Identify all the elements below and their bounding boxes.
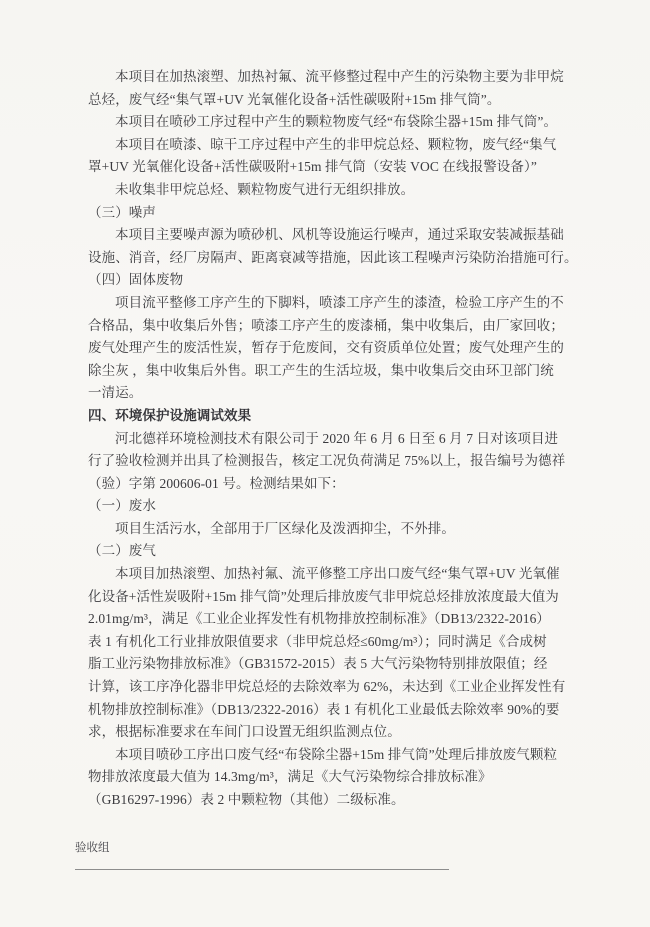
text-line: 表 1 有机化工行业排放限值要求（非甲烷总烃≤60mg/m³）；同时满足《合成树 xyxy=(88,631,593,654)
text-line: 河北德祥环境检测技术有限公司于 2020 年 6 月 6 日至 6 月 7 日对… xyxy=(88,428,593,451)
text-line: （三）噪声 xyxy=(88,202,593,225)
text-line: 本项目喷砂工序出口废气经“布袋除尘器+15m 排气筒”处理后排放废气颗粒 xyxy=(88,744,593,767)
text-line: 求，根据标准要求在车间门口设置无组织监测点位。 xyxy=(88,721,593,744)
text-line: （四）固体废物 xyxy=(88,269,593,292)
text-line: 物排放浓度最大值为 14.3mg/m³，满足《大气污染物综合排放标准》 xyxy=(88,766,593,789)
text-line: 合格品，集中收集后外售；喷漆工序产生的废漆桶，集中收集后，由厂家回收； xyxy=(88,315,593,338)
text-line: （验）字第 200606-01 号。检测结果如下： xyxy=(88,473,593,496)
text-line: 本项目在喷砂工序过程中产生的颗粒物废气经“布袋除尘器+15m 排气筒”。 xyxy=(88,111,593,134)
section-heading: 四、环境保护设施调试效果 xyxy=(88,405,593,428)
text-line: 计算，该工序净化器非甲烷总烃的去除效率为 62%，未达到《工业企业挥发性有 xyxy=(88,676,593,699)
text-line: 项目生活污水，全部用于厂区绿化及泼洒抑尘，不外排。 xyxy=(88,518,593,541)
text-line: （一）废水 xyxy=(88,495,593,518)
text-line: 化设备+活性炭吸附+15m 排气筒”处理后排放废气非甲烷总烃排放浓度最大值为 xyxy=(88,586,593,609)
text-line: 2.01mg/m³，满足《工业企业挥发性有机物排放控制标准》（DB13/2322… xyxy=(88,608,593,631)
text-line: 废气处理产生的废活性炭，暂存于危废间，交有资质单位处置；废气处理产生的 xyxy=(88,337,593,360)
text-line: 一清运。 xyxy=(88,382,593,405)
text-line: 除尘灰 ，集中收集后外售。职工产生的生活垃圾，集中收集后交由环卫部门统 xyxy=(88,360,593,383)
footer-signature-label: 验收组 xyxy=(75,839,110,855)
document-text-block: 本项目在加热滚塑、加热衬氟、流平修整过程中产生的污染物主要为非甲烷总烃，废气经“… xyxy=(88,66,593,812)
text-line: 脂工业污染物排放标准》（GB31572-2015）表 5 大气污染物特别排放限值… xyxy=(88,653,593,676)
text-line: （GB16297-1996）表 2 中颗粒物（其他）二级标准。 xyxy=(88,789,593,812)
text-line: 本项目主要噪声源为喷砂机、风机等设施运行噪声，通过采取安装减振基础 xyxy=(88,224,593,247)
text-line: 项目流平整修工序产生的下脚料，喷漆工序产生的漆渣，检验工序产生的不 xyxy=(88,292,593,315)
text-line: 行了验收检测并出具了检测报告，核定工况负荷满足 75%以上，报告编号为德祥 xyxy=(88,450,593,473)
text-line: 设施、消音，经厂房隔声、距离衰减等措施，因此该工程噪声污染防治措施可行。 xyxy=(88,247,593,270)
text-line: 未收集非甲烷总烃、颗粒物废气进行无组织排放。 xyxy=(88,179,593,202)
footer-signature-line xyxy=(75,869,449,870)
document-page: 本项目在加热滚塑、加热衬氟、流平修整过程中产生的污染物主要为非甲烷总烃，废气经“… xyxy=(0,0,650,927)
text-line: （二）废气 xyxy=(88,540,593,563)
text-line: 总烃，废气经“集气罩+UV 光氧催化设备+活性碳吸附+15m 排气筒”。 xyxy=(88,89,593,112)
text-line: 本项目在喷漆、晾干工序过程中产生的非甲烷总烃、颗粒物，废气经“集气 xyxy=(88,134,593,157)
text-line: 本项目在加热滚塑、加热衬氟、流平修整过程中产生的污染物主要为非甲烷 xyxy=(88,66,593,89)
text-line: 罩+UV 光氧催化设备+活性碳吸附+15m 排气筒（安装 VOC 在线报警设备）… xyxy=(88,156,593,179)
text-line: 本项目加热滚塑、加热衬氟、流平修整工序出口废气经“集气罩+UV 光氧催 xyxy=(88,563,593,586)
text-line: 机物排放控制标准》（DB13/2322-2016）表 1 有机化工业最低去除效率… xyxy=(88,699,593,722)
